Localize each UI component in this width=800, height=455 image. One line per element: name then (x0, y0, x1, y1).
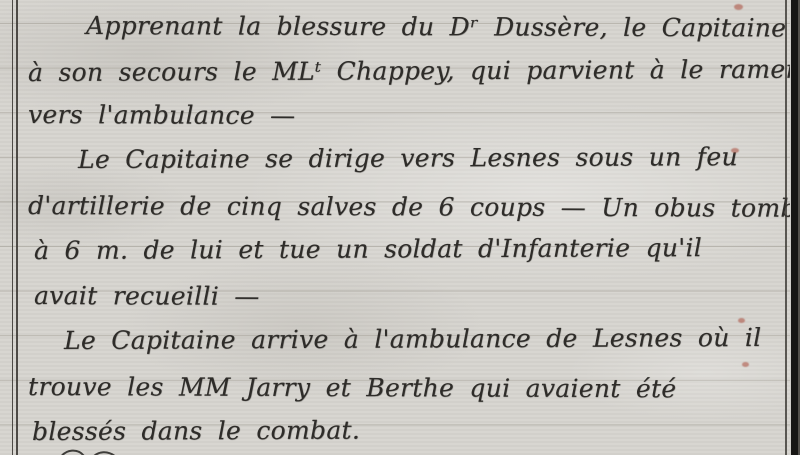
left-margin-rule-outer (12, 0, 13, 455)
manuscript-line: avait recueilli — (34, 273, 260, 319)
left-margin-rule-inner (16, 0, 18, 455)
manuscript-line: d'artillerie de cinq salves de 6 coups —… (28, 183, 800, 231)
manuscript-line: Apprenant la blessure du Dʳ Dussère, le … (86, 3, 800, 51)
manuscript-line: vers l'ambulance — (28, 92, 296, 138)
red-mark (738, 318, 745, 323)
manuscript-line: Le Capitaine se dirige vers Lesnes sous … (78, 134, 738, 182)
red-mark (734, 4, 743, 10)
scan-border (790, 0, 800, 455)
ruled-lines (0, 0, 800, 455)
partial-next-line-stroke (58, 444, 128, 455)
manuscript-line: Le Capitaine arrive à l'ambulance de Les… (64, 315, 762, 363)
red-mark (731, 148, 739, 153)
manuscript-line: trouve les MM Jarry et Berthe qui avaien… (28, 364, 677, 411)
manuscript-page: Apprenant la blessure du Dʳ Dussère, le … (0, 0, 800, 455)
manuscript-line: à 6 m. de lui et tue un soldat d'Infante… (34, 225, 702, 273)
manuscript-line: à son secours le MLᵗ Chappey, qui parvie… (28, 47, 800, 95)
red-mark (742, 362, 749, 367)
page-edge-seam (785, 0, 787, 455)
